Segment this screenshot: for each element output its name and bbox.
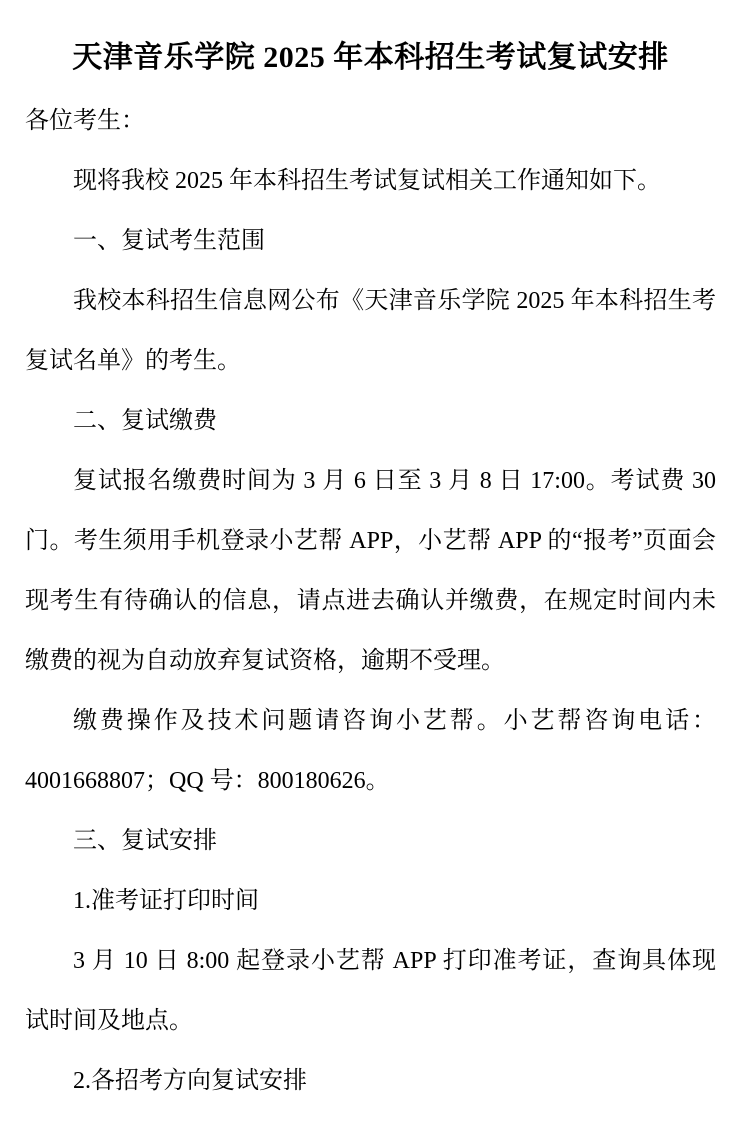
document-body: 各位考生： 现将我校 2025 年本科招生考试复试相关工作通知如下。 一、复试考…	[25, 91, 716, 1111]
section-1-body-line: 复试名单》的考生。	[25, 331, 716, 391]
section-2-body-line: 复试报名缴费时间为 3 月 6 日至 3 月 8 日 17:00。考试费 30 …	[25, 451, 716, 511]
section-1-heading: 一、复试考生范围	[25, 211, 716, 271]
section-2-contact-line: 缴费操作及技术问题请咨询小艺帮。小艺帮咨询电话：	[25, 691, 716, 751]
intro-line: 现将我校 2025 年本科招生考试复试相关工作通知如下。	[25, 151, 716, 211]
document-title: 天津音乐学院 2025 年本科招生考试复试安排	[0, 40, 741, 76]
section-3-item-1-body-line: 试时间及地点。	[25, 991, 716, 1051]
section-2-body-line: 缴费的视为自动放弃复试资格，逾期不受理。	[25, 631, 716, 691]
section-3-heading: 三、复试安排	[25, 811, 716, 871]
section-1-body-line: 我校本科招生信息网公布《天津音乐学院 2025 年本科招生考试	[25, 271, 716, 331]
section-2-body-line: 现考生有待确认的信息，请点进去确认并缴费，在规定时间内未完成	[25, 571, 716, 631]
salutation-line: 各位考生：	[25, 91, 716, 151]
section-3-item-1-heading: 1.准考证打印时间	[25, 871, 716, 931]
section-3-item-2-heading: 2.各招考方向复试安排	[25, 1051, 716, 1111]
section-2-heading: 二、复试缴费	[25, 391, 716, 451]
section-3-item-1-body-line: 3 月 10 日 8:00 起登录小艺帮 APP 打印准考证，查询具体现场考	[25, 931, 716, 991]
section-2-body-line: 门。考生须用手机登录小艺帮 APP，小艺帮 APP 的“报考”页面会出	[25, 511, 716, 571]
document-page: 天津音乐学院 2025 年本科招生考试复试安排 各位考生： 现将我校 2025 …	[0, 0, 741, 1127]
section-2-contact-line: 4001668807；QQ 号：800180626。	[25, 751, 716, 811]
